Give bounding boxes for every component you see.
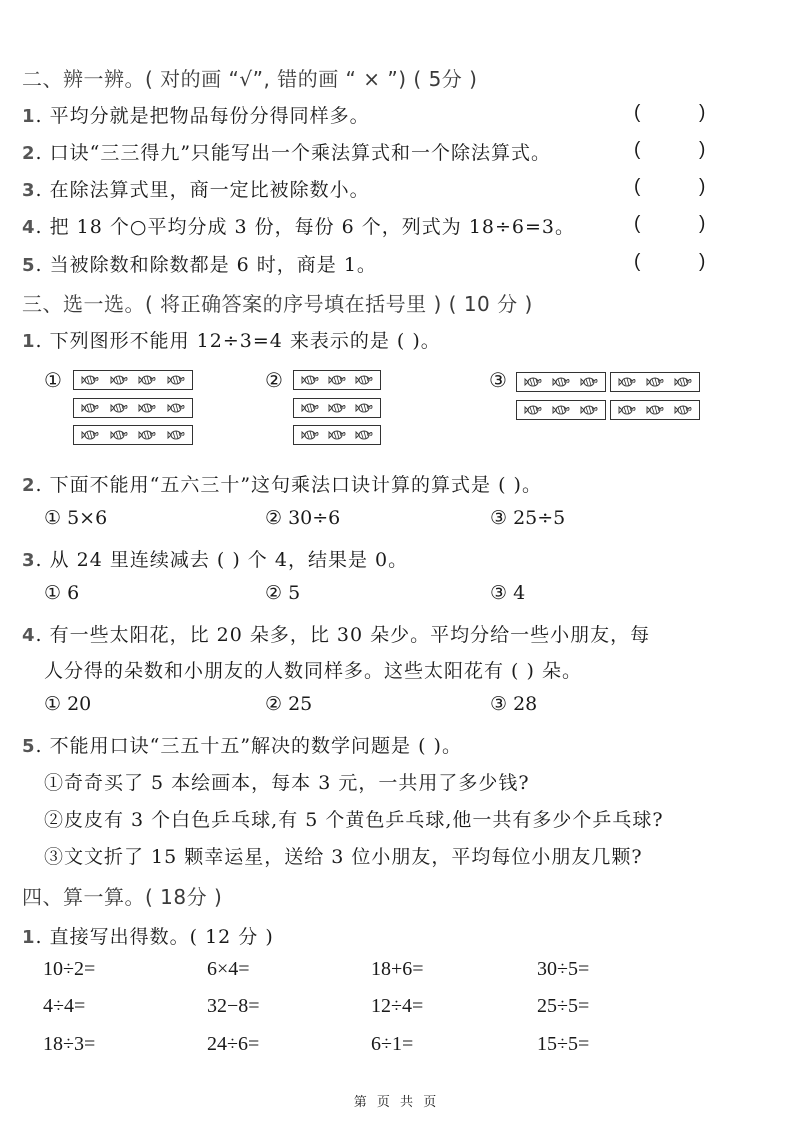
candy-icon <box>618 404 636 416</box>
judge-item: 3. 在除法算式里，商一定比被除数小。 <box>22 175 370 202</box>
question-text: . 在除法算式里，商一定比被除数小。 <box>36 179 370 201</box>
candy-icon <box>355 402 373 414</box>
judge-item: 5. 当被除数和除数都是 6 时，商是 1。 <box>22 250 377 277</box>
question-3-5: 5. 不能用口诀“三五十五”解决的数学问题是 ( )。 <box>22 731 462 758</box>
calc-problem[interactable]: 6×4= <box>207 958 250 981</box>
candy-icon <box>81 402 99 414</box>
candy-icon <box>301 374 319 386</box>
answer-bracket-open[interactable]: ( <box>634 139 640 161</box>
judge-item: 4. 把 18 个○平均分成 3 份，每份 6 个，列式为 18÷6=3。 <box>22 212 575 239</box>
candy-group-box <box>516 372 606 392</box>
question-text-line1: . 有一些太阳花，比 20 朵多，比 30 朵少。平均分给一些小朋友，每 <box>36 624 651 646</box>
section-4-title: 四、算一算。( 18分 ) <box>22 881 222 910</box>
calc-problem[interactable]: 15÷5= <box>537 1033 589 1056</box>
question-number: 3 <box>22 550 36 571</box>
calc-problem[interactable]: 12÷4= <box>371 995 423 1018</box>
question-number: 5 <box>22 736 36 757</box>
candy-icon <box>328 429 346 441</box>
question-text: . 从 24 里连续减去 ( ) 个 4，结果是 0。 <box>36 549 409 571</box>
candy-icon <box>301 429 319 441</box>
option-1: ①奇奇买了 5 本绘画本，每本 3 元，一共用了多少钱? <box>44 768 530 795</box>
option-2: ② 30÷6 <box>265 507 340 529</box>
calc-problem[interactable]: 30÷5= <box>537 958 589 981</box>
candy-icon <box>167 402 185 414</box>
candy-icon <box>110 402 128 414</box>
section-2-title: 二、辨一辨。( 对的画 “√”, 错的画 “ × ”) ( 5分 ) <box>22 63 477 92</box>
option-2: ②皮皮有 3 个白色乒乓球,有 5 个黄色乒乓球,他一共有多少个乒乓球? <box>44 805 664 832</box>
option-3: ③文文折了 15 颗幸运星，送给 3 位小朋友，平均每位小朋友几颗? <box>44 842 643 869</box>
calc-problem[interactable]: 18÷3= <box>43 1033 95 1056</box>
candy-group-box <box>610 400 700 420</box>
candy-group-box <box>516 400 606 420</box>
candy-icon <box>167 374 185 386</box>
candy-icon <box>580 376 598 388</box>
option-3: ③ 28 <box>490 693 537 715</box>
question-text: . 把 18 个○平均分成 3 份，每份 6 个，列式为 18÷6=3。 <box>36 216 575 238</box>
question-number: 5 <box>22 255 36 276</box>
question-4-1: 1. 直接写出得数。( 12 分 ) <box>22 922 274 949</box>
calc-problem[interactable]: 32−8= <box>207 995 260 1018</box>
option-3-label: ③ <box>489 368 507 392</box>
candy-icon <box>301 402 319 414</box>
option-1-label: ① <box>44 368 62 392</box>
calc-problem[interactable]: 24÷6= <box>207 1033 259 1056</box>
question-number: 1 <box>22 331 36 352</box>
judge-item: 1. 平均分就是把物品每份分得同样多。 <box>22 101 370 128</box>
candy-icon <box>355 429 373 441</box>
candy-icon <box>674 404 692 416</box>
candy-icon <box>674 376 692 388</box>
question-text: . 当被除数和除数都是 6 时，商是 1。 <box>36 254 377 276</box>
option-2-label: ② <box>265 368 283 392</box>
candy-icon <box>552 376 570 388</box>
question-text: . 口诀“三三得九”只能写出一个乘法算式和一个除法算式。 <box>36 142 552 164</box>
question-3-2: 2. 下面不能用“五六三十”这句乘法口诀计算的算式是 ( )。 <box>22 470 542 497</box>
candy-icon <box>328 374 346 386</box>
question-text: . 下面不能用“五六三十”这句乘法口诀计算的算式是 ( )。 <box>36 474 542 496</box>
answer-bracket-close: ) <box>699 102 705 124</box>
candy-icon <box>646 376 664 388</box>
candy-icon <box>110 429 128 441</box>
question-number: 2 <box>22 143 36 164</box>
candy-group-box <box>73 398 193 418</box>
question-text-line2: 人分得的朵数和小朋友的人数同样多。这些太阳花有 ( ) 朵。 <box>44 656 582 683</box>
question-number: 3 <box>22 180 36 201</box>
question-number: 4 <box>22 217 36 238</box>
question-text: . 直接写出得数。( 12 分 ) <box>36 926 274 948</box>
calc-problem[interactable]: 4÷4= <box>43 995 85 1018</box>
answer-bracket-close: ) <box>699 139 705 161</box>
candy-group-box <box>293 398 381 418</box>
candy-icon <box>524 376 542 388</box>
option-1: ① 5×6 <box>44 507 107 529</box>
answer-bracket-close: ) <box>699 213 705 235</box>
question-number: 4 <box>22 625 36 646</box>
option-1: ① 20 <box>44 693 91 715</box>
calc-problem[interactable]: 25÷5= <box>537 995 589 1018</box>
candy-group-box <box>293 370 381 390</box>
candy-group-box <box>73 425 193 445</box>
option-3: ③ 25÷5 <box>490 507 565 529</box>
question-number: 1 <box>22 927 36 948</box>
section-3-title: 三、选一选。( 将正确答案的序号填在括号里 ) ( 10 分 ) <box>22 288 533 317</box>
question-number: 1 <box>22 106 36 127</box>
candy-icon <box>328 402 346 414</box>
candy-icon <box>355 374 373 386</box>
calc-problem[interactable]: 6÷1= <box>371 1033 413 1056</box>
answer-bracket-close: ) <box>699 176 705 198</box>
page-footer: 第 页 共 页 <box>0 1091 793 1110</box>
option-3: ③ 4 <box>490 582 525 604</box>
candy-icon <box>138 374 156 386</box>
answer-bracket-open[interactable]: ( <box>634 176 640 198</box>
option-2: ② 25 <box>265 693 312 715</box>
candy-group-box <box>610 372 700 392</box>
candy-icon <box>646 404 664 416</box>
judge-item: 2. 口诀“三三得九”只能写出一个乘法算式和一个除法算式。 <box>22 138 551 165</box>
option-2: ② 5 <box>265 582 300 604</box>
candy-icon <box>81 374 99 386</box>
candy-icon <box>618 376 636 388</box>
candy-group-box <box>293 425 381 445</box>
question-3-3: 3. 从 24 里连续减去 ( ) 个 4，结果是 0。 <box>22 545 408 572</box>
calc-problem[interactable]: 10÷2= <box>43 958 95 981</box>
answer-bracket-open[interactable]: ( <box>634 251 640 273</box>
question-text: . 平均分就是把物品每份分得同样多。 <box>36 105 370 127</box>
candy-group-box <box>73 370 193 390</box>
question-text: . 下列图形不能用 12÷3=4 来表示的是 ( )。 <box>36 330 441 352</box>
candy-icon <box>138 402 156 414</box>
candy-icon <box>138 429 156 441</box>
candy-icon <box>81 429 99 441</box>
question-number: 2 <box>22 475 36 496</box>
option-1: ① 6 <box>44 582 79 604</box>
candy-icon <box>110 374 128 386</box>
candy-icon <box>524 404 542 416</box>
answer-bracket-open[interactable]: ( <box>634 213 640 235</box>
candy-icon <box>167 429 185 441</box>
calc-problem[interactable]: 18+6= <box>371 958 424 981</box>
answer-bracket-close: ) <box>699 251 705 273</box>
answer-bracket-open[interactable]: ( <box>634 102 640 124</box>
question-3-1: 1. 下列图形不能用 12÷3=4 来表示的是 ( )。 <box>22 326 441 353</box>
question-text: . 不能用口诀“三五十五”解决的数学问题是 ( )。 <box>36 735 462 757</box>
candy-icon <box>552 404 570 416</box>
question-3-4: 4. 有一些太阳花，比 20 朵多，比 30 朵少。平均分给一些小朋友，每 <box>22 620 650 647</box>
candy-icon <box>580 404 598 416</box>
